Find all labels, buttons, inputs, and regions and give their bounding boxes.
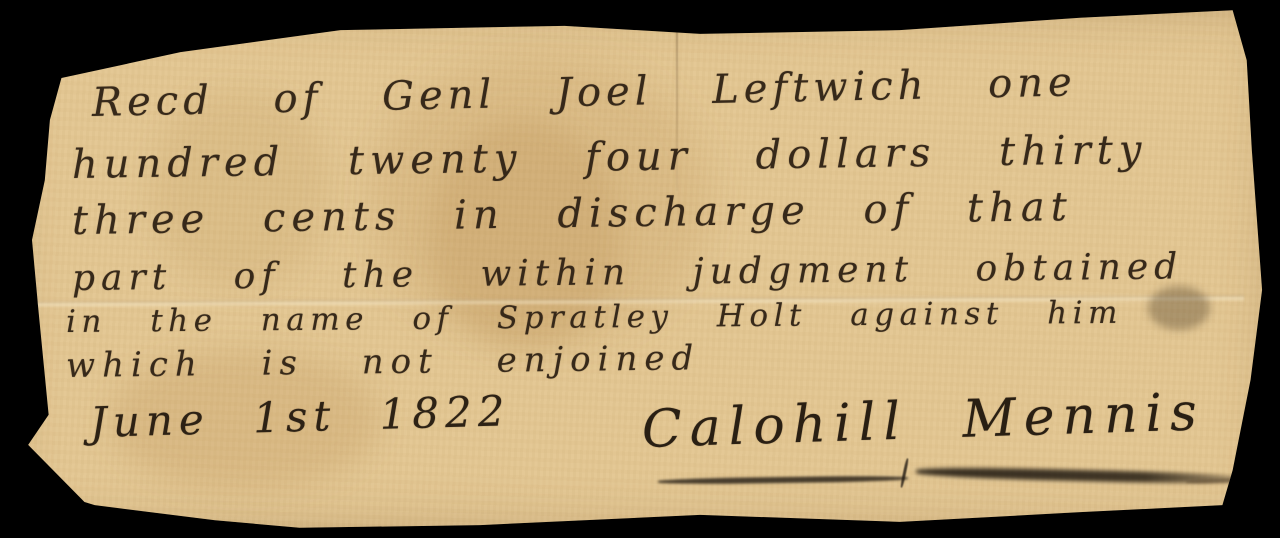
handwritten-line-4: part of the within judgment obtained: [72, 246, 1184, 299]
signature: Calohill Mennis: [641, 382, 1206, 460]
scan-background: Recd of Genl Joel Leftwich one hundred t…: [0, 0, 1280, 538]
ink-flourish-underline: [658, 475, 908, 484]
handwritten-line-3: three cents in discharge of that: [72, 184, 1073, 244]
ink-smudge: [1148, 286, 1210, 330]
receipt-paper: Recd of Genl Joel Leftwich one hundred t…: [0, 0, 1280, 538]
handwritten-line-1: Recd of Genl Joel Leftwich one: [92, 59, 1078, 126]
handwritten-line-2: hundred twenty four dollars thirty: [72, 127, 1148, 188]
date-line: June 1st 1822: [89, 386, 511, 447]
ink-flourish-hook: [900, 458, 909, 488]
handwritten-line-6: which is not enjoined: [66, 338, 701, 386]
